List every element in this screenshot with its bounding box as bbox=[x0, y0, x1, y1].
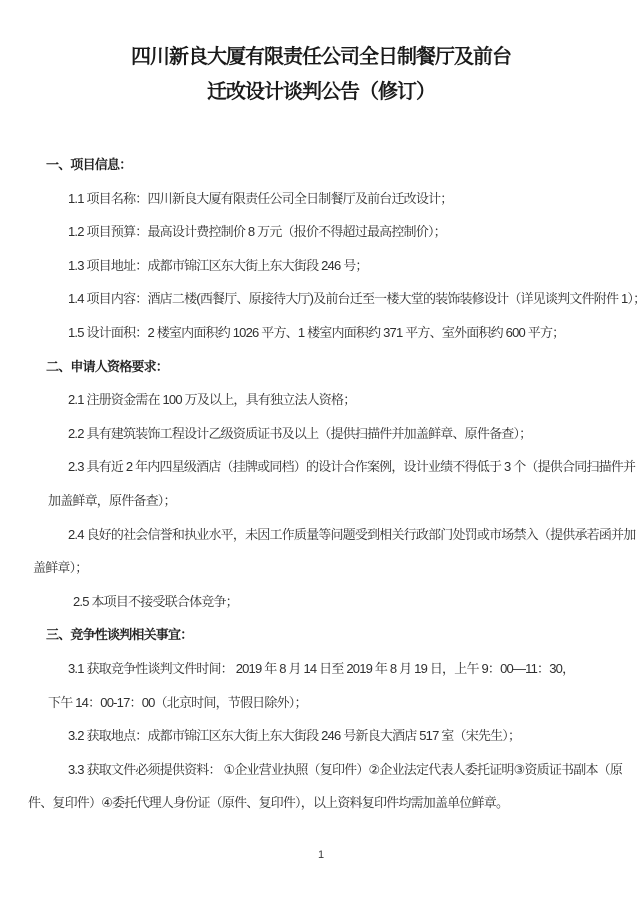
document-line: 2.1 注册资金需在 100 万及以上，具有独立法人资格； bbox=[68, 392, 355, 408]
document-line: 3.3 获取文件必须提供资料： ①企业营业执照（复印件）②企业法定代表人委托证明… bbox=[68, 762, 622, 778]
document-line: 件、复印件）④委托代理人身份证（原件、复印件），以上资料复印件均需加盖单位鲜章。 bbox=[28, 795, 508, 811]
document-page: 四川新良大厦有限责任公司全日制餐厅及前台 迁改设计谈判公告（修订） 一、项目信息… bbox=[0, 0, 642, 902]
document-line: 1.1 项目名称：四川新良大厦有限责任公司全日制餐厅及前台迁改设计； bbox=[68, 191, 453, 207]
document-line: 1.4 项目内容：酒店二楼(西餐厅、原接待大厅)及前台迁至一楼大堂的装饰装修设计… bbox=[68, 291, 642, 307]
document-line: 1.3 项目地址：成都市锦江区东大街上东大街段 246 号； bbox=[68, 258, 368, 274]
document-title: 四川新良大厦有限责任公司全日制餐厅及前台 迁改设计谈判公告（修订） bbox=[0, 40, 642, 110]
document-line: 2.3 具有近 2 年内四星级酒店（挂牌或同档）的设计合作案例，设计业绩不得低于… bbox=[68, 459, 635, 475]
document-line: 1.2 项目预算：最高设计费控制价 8 万元（报价不得超过最高控制价）； bbox=[68, 224, 446, 240]
document-line: 2.5 本项目不接受联合体竞争； bbox=[73, 594, 238, 610]
document-line: 3.2 获取地点：成都市锦江区东大街上东大街段 246 号新良大酒店 517 室… bbox=[68, 728, 520, 744]
document-title-line-1: 四川新良大厦有限责任公司全日制餐厅及前台 bbox=[0, 40, 642, 75]
page-number: 1 bbox=[0, 849, 642, 861]
document-line: 1.5 设计面积：2 楼室内面积约 1026 平方、1 楼室内面积约 371 平… bbox=[68, 325, 564, 341]
document-line: 3.1 获取竞争性谈判文件时间： 2019 年 8 月 14 日至 2019 年… bbox=[68, 661, 574, 677]
document-line: 加盖鲜章，原件备查）； bbox=[48, 493, 176, 509]
document-line: 下午 14：00-17：00（北京时间，节假日除外）； bbox=[48, 695, 307, 711]
document-line: 盖鲜章）； bbox=[33, 560, 88, 576]
section-heading: 三、竞争性谈判相关事宜： bbox=[46, 627, 192, 643]
section-heading: 一、项目信息： bbox=[46, 157, 131, 173]
document-title-line-2: 迁改设计谈判公告（修订） bbox=[0, 75, 642, 110]
document-line: 2.4 良好的社会信誉和执业水平，未因工作质量等问题受到相关行政部门处罚或市场禁… bbox=[68, 527, 636, 543]
document-line: 2.2 具有建筑装饰工程设计乙级资质证书及以上（提供扫描件并加盖鲜章、原件备查）… bbox=[68, 426, 531, 442]
section-heading: 二、申请人资格要求： bbox=[46, 359, 168, 375]
